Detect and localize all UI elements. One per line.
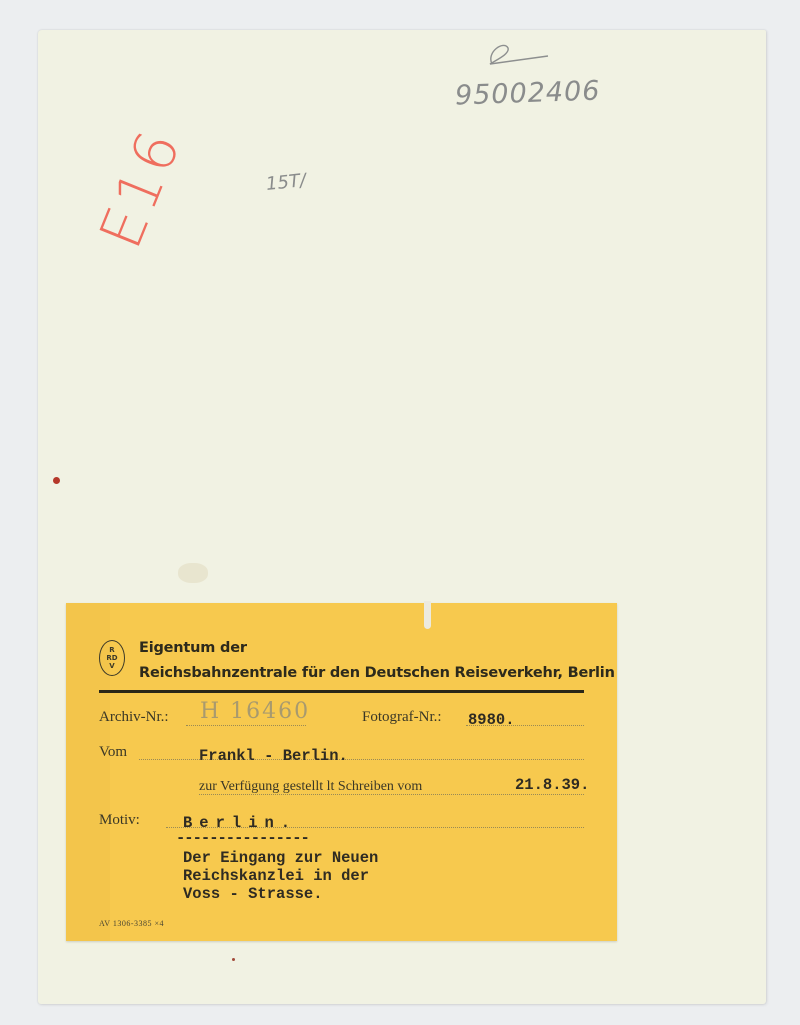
motiv-underline: ---------------- <box>176 829 309 847</box>
rdv-logo-icon: R RD V <box>99 640 125 676</box>
form-code: AV 1306-3385 ×4 <box>99 919 164 928</box>
archive-label-card: R RD V Eigentum der Reichsbahnzentrale f… <box>66 603 617 941</box>
pencil-mark <box>482 38 552 68</box>
motiv-label: Motiv: <box>99 812 140 829</box>
zur-verfuegung-label: zur Verfügung gestellt lt Schreiben vom <box>199 779 422 795</box>
small-spot <box>232 958 235 961</box>
paper-stain <box>178 563 208 583</box>
red-spot <box>53 477 60 484</box>
owner-line-2: Reichsbahnzentrale für den Deutschen Rei… <box>139 665 615 681</box>
logo-letter: V <box>109 662 114 670</box>
archiv-label: Archiv-Nr.: <box>99 709 169 726</box>
pencil-note: 15T/ <box>265 170 307 195</box>
zur-dotted-line <box>199 794 584 795</box>
fotograf-number: 8980. <box>468 711 515 729</box>
header-rule <box>99 690 584 693</box>
vom-label: Vom <box>99 744 127 761</box>
archive-pencil-number: 95002406 <box>455 75 601 111</box>
fotograf-label: Fotograf-Nr.: <box>362 709 442 726</box>
archiv-number: H 16460 <box>200 699 310 724</box>
vom-value: Frankl - Berlin. <box>199 747 348 765</box>
archiv-dotted-line <box>186 725 306 726</box>
letter-date: 21.8.39. <box>515 776 589 794</box>
logo-letter-row: RD <box>106 654 117 662</box>
motiv-description: Der Eingang zur Neuen Reichskanzlei in d… <box>183 849 378 903</box>
logo-letter: R <box>109 646 114 654</box>
owner-line-1: Eigentum der <box>139 640 247 656</box>
